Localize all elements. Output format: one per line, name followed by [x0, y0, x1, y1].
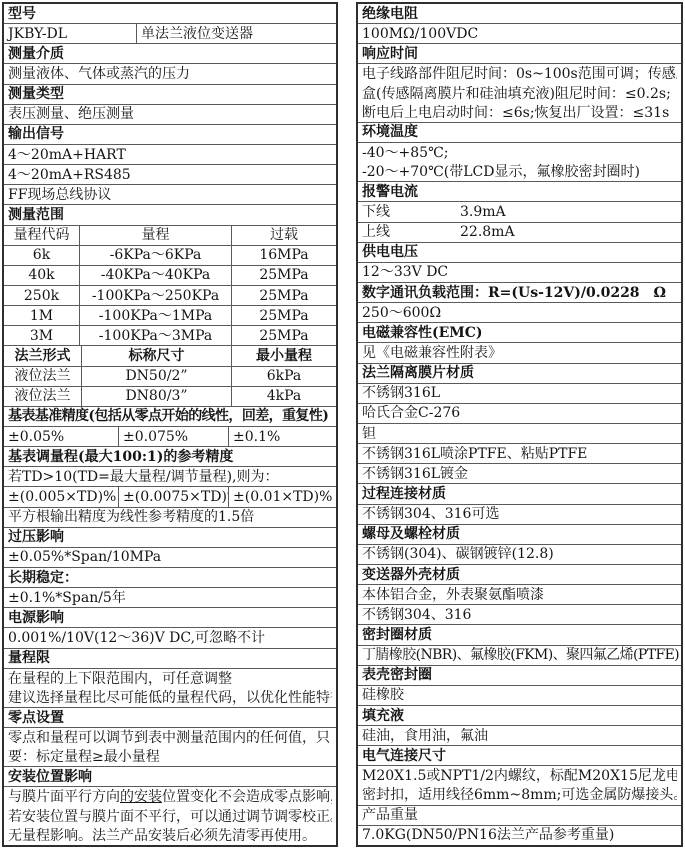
spec-text: 测量液体、气体或蒸汽的压力	[4, 64, 336, 83]
section-title: 法兰隔离膜片材质	[358, 364, 681, 383]
spec-row: 下线3.9mA	[358, 202, 681, 222]
spec-text: 表压测量、绝压测量	[4, 105, 336, 124]
cell: 25MPa	[232, 326, 336, 345]
spec-text: 不锈钢316L镀金	[358, 464, 681, 483]
param-label: 上线	[362, 223, 460, 242]
cell: ±(0.01×TD)%	[229, 487, 336, 506]
section-title: 绝缘电阻	[358, 4, 681, 23]
spec-row: ±0.05%±0.075%±0.1%	[4, 427, 336, 447]
spec-text: FF现场总线协议	[4, 185, 336, 204]
cell: ±0.1%	[229, 427, 336, 446]
section-title: 电气连接尺寸	[358, 746, 681, 765]
section-header-row: 电气连接尺寸	[358, 746, 681, 766]
spec-row: M20X1.5或NPT1/2内螺纹，标配M20X15尼龙电缆密封扣，适用线径6m…	[358, 766, 681, 805]
section-title: 型号	[4, 4, 336, 23]
spec-row: ±(0.005×TD)%±(0.0075×TD)%±(0.01×TD)%	[4, 487, 336, 507]
spec-row: 表压测量、绝压测量	[4, 105, 336, 125]
cell: DN50/2”	[82, 367, 232, 386]
section-header-row: 电磁兼容性(EMC)	[358, 323, 681, 343]
section-title: 电源影响	[4, 608, 336, 627]
param-value: 3.9mA	[460, 204, 506, 220]
spec-row: 在量程的上下限范围内，可任意调整建议选择量程比尽可能低的量程代码，以优化性能特征	[4, 669, 336, 708]
spec-row: 本体铝合金，外表聚氨酯喷漆	[358, 585, 681, 605]
spec-text: 7.0KG(DN50/PN16法兰产品参考重量)	[358, 826, 681, 845]
spec-text: 若TD>10(TD=最大量程/调节量程),则为：	[4, 467, 336, 486]
section-header-row: 响应时间	[358, 44, 681, 64]
spec-row: JKBY-DL单法兰液位变送器	[4, 24, 336, 44]
cell: -6KPa～6KPa	[80, 246, 232, 265]
cell: 3M	[4, 326, 80, 345]
spec-row: 4～20mA+HART	[4, 145, 336, 165]
spec-text: 不锈钢316L	[358, 384, 681, 403]
spec-text: -40～+85℃;-20～+70℃(带LCD显示，氟橡胶密封圈时)	[358, 143, 681, 181]
cell: ±(0.005×TD)%	[4, 487, 119, 506]
spec-row: 0.001%/10V(12～36)V DC,可忽略不计	[4, 628, 336, 648]
cell: 最小量程	[232, 346, 336, 365]
section-header-row: 零点设置	[4, 708, 336, 728]
spec-row: 平方根输出精度为线性参考精度的1.5倍	[4, 508, 336, 528]
spec-row: 液位法兰DN50/2”6kPa	[4, 367, 336, 387]
spec-row: 零点和量程可以调节到表中测量范围内的任何值，只要：标定量程≥最小量程	[4, 728, 336, 767]
section-header-row: 表壳密封圈	[358, 666, 681, 686]
section-title: 报警电流	[358, 182, 681, 201]
cell: JKBY-DL	[4, 24, 137, 43]
spec-row: ±0.1%*Span/5年	[4, 588, 336, 608]
cell: -100KPa～3MPa	[80, 326, 232, 345]
spec-row: ±0.05%*Span/10MPa	[4, 548, 336, 568]
section-title: 测量范围	[4, 205, 336, 224]
section-title: 安装位置影响	[4, 767, 336, 786]
cell: ±(0.0075×TD)%	[119, 487, 229, 506]
left-spec-table: 型号JKBY-DL单法兰液位变送器测量介质测量液体、气体或蒸汽的压力测量类型表压…	[2, 2, 338, 847]
section-title: 螺母及螺栓材质	[358, 525, 681, 544]
section-header-row: 测量介质	[4, 44, 336, 64]
cell: ±0.05%	[4, 427, 119, 446]
section-header-row: 基表基准精度(包括从零点开始的线性，回差，重复性)	[4, 407, 336, 427]
cell: 6kPa	[232, 367, 336, 386]
param-value: 22.8mA	[460, 224, 515, 240]
section-title: 数字通讯负载范围：R=(Us-12V)/0.0228 Ω	[358, 283, 681, 302]
section-header-row: 测量范围	[4, 205, 336, 225]
cell: 液位法兰	[4, 367, 82, 386]
spec-row: 硅橡胶	[358, 686, 681, 706]
param-label: 下线	[362, 202, 460, 221]
spec-text: 4～20mA+RS485	[4, 165, 336, 184]
cell: 16MPa	[232, 246, 336, 265]
cell: 6k	[4, 246, 80, 265]
cell: 4kPa	[232, 387, 336, 406]
spec-row: 见《电磁兼容性附表》	[358, 343, 681, 363]
spec-row: 不锈钢304、316可选	[358, 505, 681, 525]
section-header-row: 量程限	[4, 649, 336, 669]
section-header-row: 安装位置影响	[4, 767, 336, 787]
spec-text: 平方根输出精度为线性参考精度的1.5倍	[4, 508, 336, 527]
section-title: 环境温度	[358, 123, 681, 142]
cell: ±0.075%	[119, 427, 229, 446]
spec-row: 1M-100KPa～1MPa25MPa	[4, 306, 336, 326]
spec-row: 不锈钢(304)、碳钢镀锌(12.8)	[358, 545, 681, 565]
spec-row: 不锈钢316L	[358, 384, 681, 404]
spec-row: 7.0KG(DN50/PN16法兰产品参考重量)	[358, 826, 681, 845]
spec-text: 哈氏合金C-276	[358, 404, 681, 423]
cell: 单法兰液位变送器	[137, 24, 336, 43]
section-header-row: 法兰隔离膜片材质	[358, 364, 681, 384]
section-title: 电磁兼容性(EMC)	[358, 323, 681, 342]
section-header-row: 基表调量程(最大100:1)的参考精度	[4, 447, 336, 467]
cell: -100KPa～250KPa	[80, 286, 232, 305]
section-header-row: 输出信号	[4, 125, 336, 145]
section-title: 基表基准精度(包括从零点开始的线性，回差，重复性)	[4, 407, 336, 426]
cell: 量程	[80, 226, 232, 245]
spec-text: 12～33V DC	[358, 263, 681, 282]
section-title: 测量介质	[4, 44, 336, 63]
spec-row: 若TD>10(TD=最大量程/调节量程),则为：	[4, 467, 336, 487]
cell: 40k	[4, 266, 80, 285]
spec-text: 不锈钢316L喷涂PTFE、粘贴PTFE	[358, 444, 681, 463]
spec-text: 硅油，食用油，氟油	[358, 726, 681, 745]
spec-text: 不锈钢304、316	[358, 605, 681, 624]
section-header-row: 环境温度	[358, 123, 681, 143]
spec-text: 250～600Ω	[358, 303, 681, 322]
section-title: 响应时间	[358, 44, 681, 63]
spec-row: 法兰形式标称尺寸最小量程	[4, 346, 336, 366]
spec-text: ±0.1%*Span/5年	[4, 588, 336, 607]
spec-text: 与膜片面平行方向的安装位置变化不会造成零点影响，若安装位置与膜片面不平行，可以通…	[4, 787, 336, 844]
section-header-row: 长期稳定：	[4, 568, 336, 588]
spec-text: 产品重量	[358, 806, 681, 825]
spec-row: 12～33V DC	[358, 263, 681, 283]
section-title: 表壳密封圈	[358, 666, 681, 685]
spec-row: 250～600Ω	[358, 303, 681, 323]
spec-row: 3M-100KPa～3MPa25MPa	[4, 326, 336, 346]
section-header-row: 过程连接材质	[358, 484, 681, 504]
cell: 标称尺寸	[82, 346, 232, 365]
section-title: 密封圈材质	[358, 625, 681, 644]
spec-row: 丁腈橡胶(NBR)、氟橡胶(FKM)、聚四氟乙烯(PTFE)	[358, 646, 681, 666]
spec-row: 哈氏合金C-276	[358, 404, 681, 424]
spec-text: 在量程的上下限范围内，可任意调整建议选择量程比尽可能低的量程代码，以优化性能特征	[4, 669, 336, 707]
spec-text: 不锈钢(304)、碳钢镀锌(12.8)	[358, 545, 681, 564]
cell: 量程代码	[4, 226, 80, 245]
spec-row: 与膜片面平行方向的安装位置变化不会造成零点影响，若安装位置与膜片面不平行，可以通…	[4, 787, 336, 844]
spec-row: 6k-6KPa～6KPa16MPa	[4, 246, 336, 266]
spec-text: M20X1.5或NPT1/2内螺纹，标配M20X15尼龙电缆密封扣，适用线径6m…	[358, 766, 681, 804]
spec-text: 不锈钢304、316可选	[358, 505, 681, 524]
spec-text: 硅橡胶	[358, 686, 681, 705]
section-header-row: 型号	[4, 4, 336, 24]
right-spec-table: 绝缘电阻100MΩ/100VDC响应时间电子线路部件阻尼时间：0s~100s范围…	[356, 2, 683, 847]
section-header-row: 过压影响	[4, 528, 336, 548]
section-title: 变送器外壳材质	[358, 565, 681, 584]
section-title: 零点设置	[4, 708, 336, 727]
section-title: 填充液	[358, 706, 681, 725]
section-header-row: 数字通讯负载范围：R=(Us-12V)/0.0228 Ω	[358, 283, 681, 303]
section-header-row: 密封圈材质	[358, 625, 681, 645]
param-pair: 上线22.8mA	[358, 223, 681, 242]
spec-text: 丁腈橡胶(NBR)、氟橡胶(FKM)、聚四氟乙烯(PTFE)	[358, 646, 681, 665]
spec-row: 硅油，食用油，氟油	[358, 726, 681, 746]
spec-row: 不锈钢316L镀金	[358, 464, 681, 484]
section-title: 输出信号	[4, 125, 336, 144]
spec-row: 100MΩ/100VDC	[358, 24, 681, 44]
spec-row: 上线22.8mA	[358, 223, 681, 243]
section-title: 测量类型	[4, 85, 336, 104]
spec-text: 零点和量程可以调节到表中测量范围内的任何值，只要：标定量程≥最小量程	[4, 728, 336, 766]
cell: DN80/3”	[82, 387, 232, 406]
cell: 过载	[232, 226, 336, 245]
param-pair: 下线3.9mA	[358, 202, 681, 221]
section-title: 过程连接材质	[358, 484, 681, 503]
spec-row: 产品重量	[358, 806, 681, 826]
spec-text: 0.001%/10V(12～36)V DC,可忽略不计	[4, 628, 336, 647]
section-header-row: 螺母及螺栓材质	[358, 525, 681, 545]
spec-row: 不锈钢316L喷涂PTFE、粘贴PTFE	[358, 444, 681, 464]
spec-sheet: { "colors": { "background": "#ffffff", "…	[0, 0, 685, 851]
section-title: 过压影响	[4, 528, 336, 547]
section-title: 基表调量程(最大100:1)的参考精度	[4, 447, 336, 466]
spec-text: ±0.05%*Span/10MPa	[4, 548, 336, 567]
spec-row: 测量液体、气体或蒸汽的压力	[4, 64, 336, 84]
cell: 25MPa	[232, 266, 336, 285]
spec-text: 100MΩ/100VDC	[358, 24, 681, 43]
spec-row: 电子线路部件阻尼时间：0s~100s范围可调；传感膜盒(传感隔离膜片和硅油填充液…	[358, 64, 681, 122]
spec-row: 250k-100KPa～250KPa25MPa	[4, 286, 336, 306]
spec-row: 钽	[358, 424, 681, 444]
spec-row: 40k-40KPa～40KPa25MPa	[4, 266, 336, 286]
section-title: 长期稳定：	[4, 568, 336, 587]
spec-row: 量程代码量程过载	[4, 226, 336, 246]
spec-row: FF现场总线协议	[4, 185, 336, 205]
spec-text: 见《电磁兼容性附表》	[358, 343, 681, 362]
cell: 1M	[4, 306, 80, 325]
section-header-row: 供电电压	[358, 243, 681, 263]
cell: -40KPa～40KPa	[80, 266, 232, 285]
section-header-row: 测量类型	[4, 85, 336, 105]
section-header-row: 变送器外壳材质	[358, 565, 681, 585]
section-title: 供电电压	[358, 243, 681, 262]
spec-text: 电子线路部件阻尼时间：0s~100s范围可调；传感膜盒(传感隔离膜片和硅油填充液…	[358, 64, 681, 121]
spec-text: 钽	[358, 424, 681, 443]
spec-row: 不锈钢304、316	[358, 605, 681, 625]
section-header-row: 绝缘电阻	[358, 4, 681, 24]
section-header-row: 填充液	[358, 706, 681, 726]
spec-text: 本体铝合金，外表聚氨酯喷漆	[358, 585, 681, 604]
section-title: 量程限	[4, 649, 336, 668]
cell: 250k	[4, 286, 80, 305]
section-header-row: 报警电流	[358, 182, 681, 202]
cell: 25MPa	[232, 306, 336, 325]
cell: -100KPa～1MPa	[80, 306, 232, 325]
spec-row: 4～20mA+RS485	[4, 165, 336, 185]
cell: 液位法兰	[4, 387, 82, 406]
spec-text: 4～20mA+HART	[4, 145, 336, 164]
spec-row: -40～+85℃;-20～+70℃(带LCD显示，氟橡胶密封圈时)	[358, 143, 681, 182]
section-header-row: 电源影响	[4, 608, 336, 628]
cell: 25MPa	[232, 286, 336, 305]
spec-row: 液位法兰DN80/3”4kPa	[4, 387, 336, 407]
cell: 法兰形式	[4, 346, 82, 365]
